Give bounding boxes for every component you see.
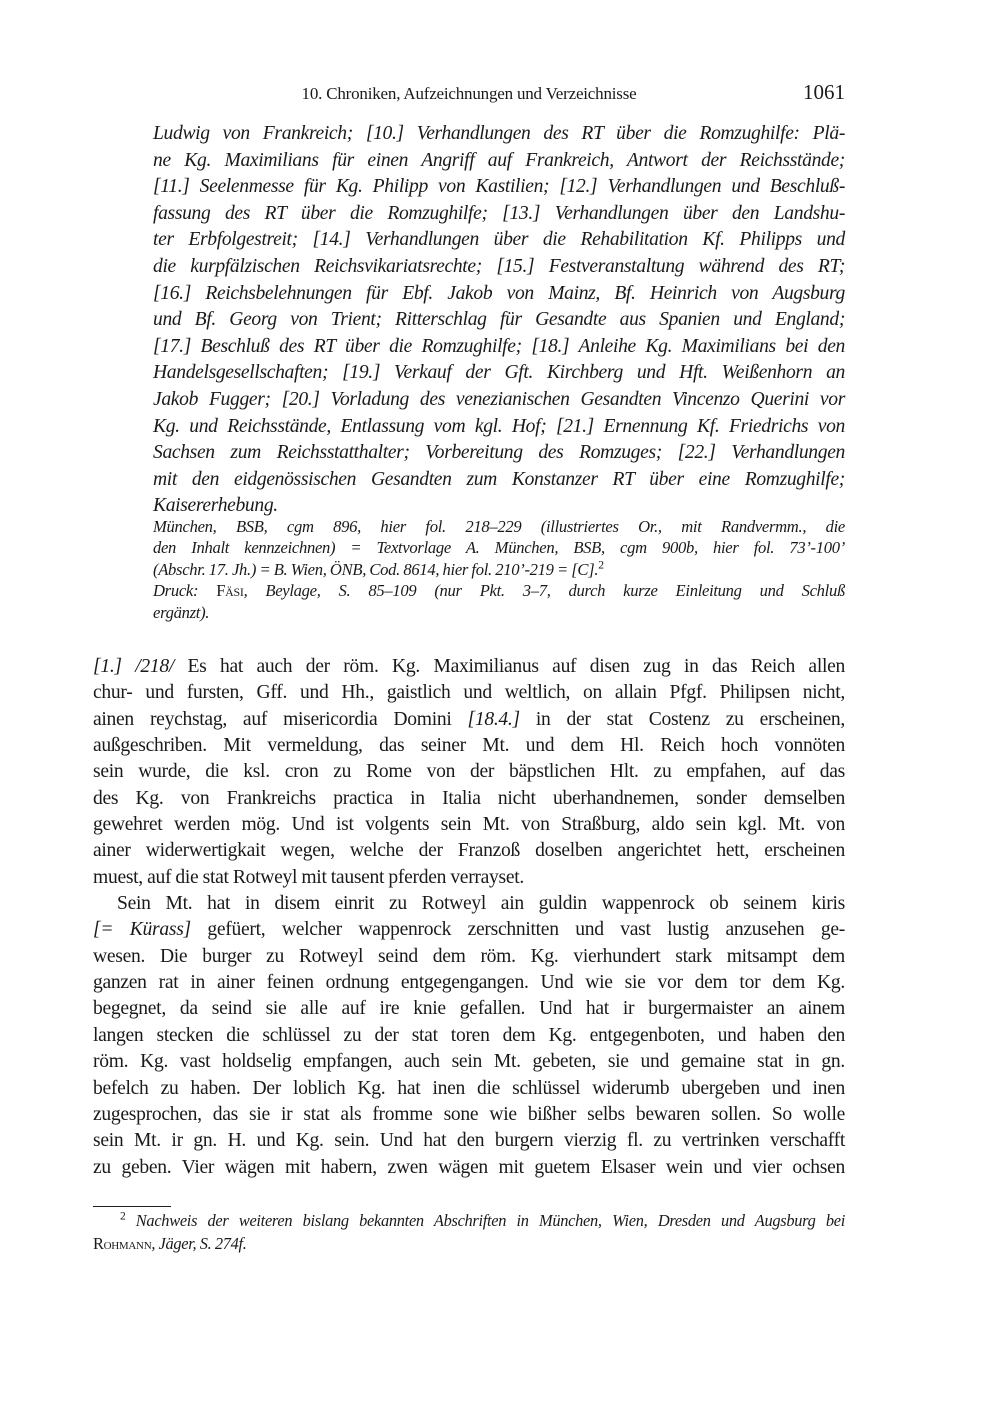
regest-line: Sachsen zum Reichsstatthalter; Vorbereit… (153, 440, 845, 467)
body-line: Sein Mt. hat in disem einrit zu Rotweyl … (93, 891, 845, 917)
body-line: zugesprochen, das sie ir stat als fromme… (93, 1102, 845, 1128)
regest-line: Ludwig von Frankreich; [10.] Verhandlung… (153, 121, 845, 148)
body-line: ganzen rat in ainer feinen ordnung entge… (93, 970, 845, 996)
body-line: langen stecken die schlüssel zu der stat… (93, 1023, 845, 1049)
body-line: begegnet, da seind sie alle auf ire knie… (93, 996, 845, 1022)
body-line: sein Mt. ir gn. H. und Kg. sein. Und hat… (93, 1128, 845, 1154)
body-line-text: gefüert, welcher wappenrock zerschnitten… (191, 919, 845, 940)
regest-line: ter Erbfolgestreit; [14.] Verhandlungen … (153, 227, 845, 254)
print-label: Druck: (153, 581, 198, 600)
source-line-text: (Abschr. 17. Jh.) = B. Wien, ÖNB, Cod. 8… (153, 560, 598, 579)
regest-line: [11.] Seelenmesse für Kg. Philipp von Ka… (153, 174, 845, 201)
regest-line: und Bf. Georg von Trient; Ritterschlag f… (153, 307, 845, 334)
regest-line: mit den eidgenössischen Gesandten zum Ko… (153, 467, 845, 494)
footnote-line: 2 Nachweis der weiteren bislang bekannte… (93, 1210, 845, 1233)
print-edition-line-2: ergänzt). (153, 602, 845, 623)
source-apparatus: München, BSB, cgm 896, hier fol. 218–229… (153, 516, 845, 623)
body-line: [1.] /218/ Es hat auch der röm. Kg. Maxi… (93, 654, 845, 680)
body-line: zu geben. Vier wägen mit habern, zwen wä… (93, 1155, 845, 1181)
body-line-text: ainen reychstag, auf misericordia Domini (93, 709, 468, 730)
body-line: [= Kürass] gefüert, welcher wappenrock z… (93, 917, 845, 943)
body-line: chur- und fursten, Gff. und Hh., gaistli… (93, 680, 845, 706)
print-edition-line: Druck: Fäsi, Beylage, S. 85–109 (nur Pkt… (153, 580, 845, 601)
edition-body-text: [1.] /218/ Es hat auch der röm. Kg. Maxi… (93, 654, 845, 1181)
body-line: außgeschriben. Mit vermeldung, das seine… (93, 733, 845, 759)
section-marker: [1.] (93, 656, 122, 677)
running-title: 10. Chroniken, Aufzeichnungen und Verzei… (93, 84, 845, 104)
page-number: 1061 (803, 80, 845, 105)
regest-line: Kg. und Reichsstände, Entlassung vom kgl… (153, 414, 845, 441)
print-author: Fäsi (216, 581, 243, 600)
regest-line: ne Kg. Maximilians für einen Angriff auf… (153, 148, 845, 175)
regest-line: [17.] Beschluß des RT über die Romzughil… (153, 334, 845, 361)
footnote-text: Nachweis der weiteren bislang bekannten … (125, 1211, 845, 1230)
page-header: 10. Chroniken, Aufzeichnungen und Verzei… (93, 80, 845, 106)
body-line-text: Es hat auch der röm. Kg. Maximilianus au… (174, 656, 845, 677)
folio-marker: /218/ (135, 656, 174, 677)
footnote-line: Rohmann, Jäger, S. 274f. (93, 1233, 845, 1256)
body-line: wesen. Die burger zu Rotweyl seind dem r… (93, 944, 845, 970)
body-line: befelch zu haben. Der loblich Kg. hat in… (93, 1076, 845, 1102)
body-line: des Kg. von Frankreichs practica in Ital… (93, 786, 845, 812)
footnote-reference[interactable]: 2 (598, 558, 604, 571)
body-line: sein wurde, die ksl. cron zu Rome von de… (93, 759, 845, 785)
source-line: (Abschr. 17. Jh.) = B. Wien, ÖNB, Cod. 8… (153, 559, 845, 580)
regest-summary: Ludwig von Frankreich; [10.] Verhandlung… (153, 121, 845, 520)
body-line-text: in der stat Costenz zu erscheinen, (520, 709, 845, 730)
regest-line: fassung des RT über die Romzughilfe; [13… (153, 201, 845, 228)
regest-line: Handelsgesellschaften; [19.] Verkauf der… (153, 360, 845, 387)
footnote: 2 Nachweis der weiteren bislang bekannte… (93, 1210, 845, 1255)
footnote-separator (93, 1206, 171, 1207)
footnote-citation: , Jäger, S. 274f. (151, 1234, 246, 1253)
regest-line: Jakob Fugger; [20.] Vorladung des venezi… (153, 387, 845, 414)
footnote-author: Rohmann (93, 1234, 151, 1253)
source-line: München, BSB, cgm 896, hier fol. 218–229… (153, 516, 845, 537)
editorial-gloss: [= Kürass] (93, 919, 191, 940)
regest-line: die kurpfälzischen Reichsvikariatsrechte… (153, 254, 845, 281)
date-annotation: [18.4.] (468, 709, 520, 730)
print-details: , Beylage, S. 85–109 (nur Pkt. 3–7, durc… (244, 581, 845, 600)
body-line: ainer widerwertigkait wegen, welche der … (93, 838, 845, 864)
source-line: den Inhalt kennzeichnen) = Textvorlage A… (153, 537, 845, 558)
body-line: ainen reychstag, auf misericordia Domini… (93, 707, 845, 733)
body-line: gewehret werden mög. Und ist volgents se… (93, 812, 845, 838)
body-line: röm. Kg. vast holdselig empfangen, auch … (93, 1049, 845, 1075)
body-line: muest, auf die stat Rotweyl mit tausent … (93, 865, 845, 891)
regest-line: [16.] Reichsbelehnungen für Ebf. Jakob v… (153, 281, 845, 308)
